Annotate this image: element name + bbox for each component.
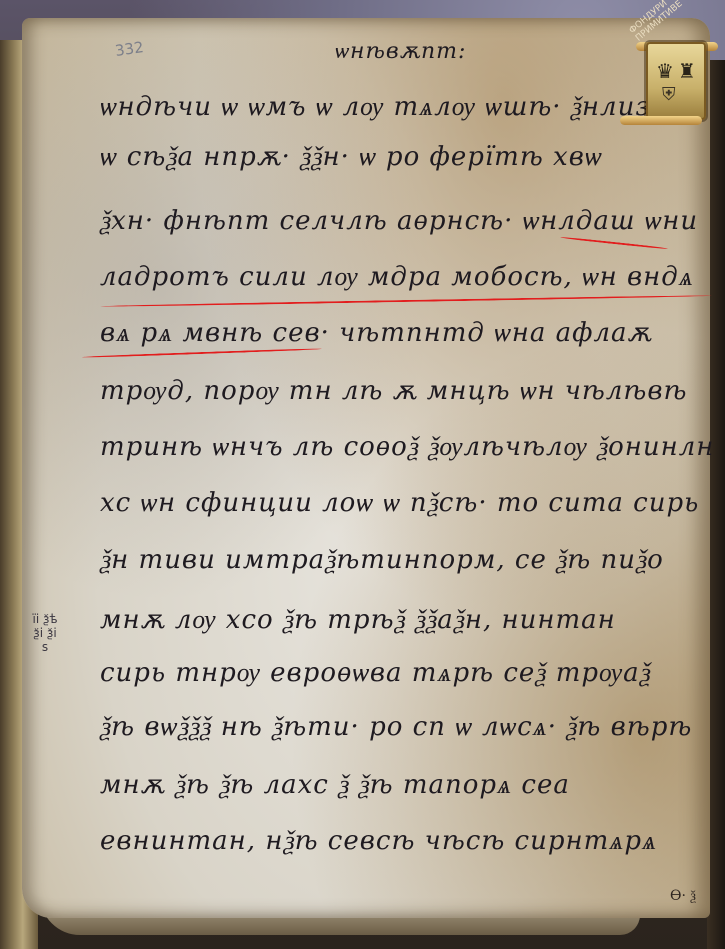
manuscript-line-1: ѡндѣчи ѡ ѡмъ ѡ лѹ тѧлѹ ѡшѣ· ѯнлизвои [100, 92, 701, 122]
manuscript-line-9: ѯн тиви имтраѯѣтинпорм, се ѯѣ пиѯо [100, 545, 664, 575]
manuscript-line-11: сирь тнрѹ евроѳѡва тѧрѣ сеѯ трѹаѯ [100, 658, 651, 688]
manuscript-line-3: ѯхн· фнѣпт селчлѣ аѳрнсѣ· ѡнлдаш ѡни [100, 206, 698, 236]
seal-ring-text: ФОНДУРИ ПРИМИТИВЕ [616, 4, 720, 132]
library-seal-watermark: ♛♜ ⛨ ФОНДУРИ ПРИМИТИВЕ [616, 4, 720, 132]
manuscript-line-4: ладротъ сили лѹ мдра мобосѣ, ѡн вндѧ [100, 262, 694, 292]
manuscript-line-8: хс ѡн сфинции лоѡ ѡ пѯсѣ· то сита сирь [100, 488, 699, 518]
manuscript-line-5: вѧ рѧ мвнѣ сев· чѣтпнтд ѡна афлаѫ [100, 318, 652, 348]
manuscript-line-10: мнѫ лѹ хсо ѯѣ трѣѯ ѯѯаѯн, нинтан [100, 605, 616, 635]
manuscript-line-2: ѡ сѣѯа нпрѫ· ѯѯн· ѡ ро ферїтѣ хвѡ [100, 142, 602, 172]
bottom-right-mark: Ѳ· ѯ [670, 888, 696, 905]
manuscript-line-13: мнѫ ѯѣ ѯѣ лахс ѯ ѯѣ тапорѧ сеа [100, 770, 570, 800]
manuscript-line-6: трѹд, порѹ тн лѣ ѫ мнцѣ ѡн чѣлѣвѣ [100, 376, 687, 406]
margin-note: їі ѯѣ ѯі ѯі ѕ [30, 612, 60, 654]
manuscript-line-7: тринѣ ѡнчъ лѣ соѳоѯ ѯѹлѣчѣлѹ ѯонинлн [100, 432, 714, 462]
header-line: ѡнѣвѫпт: [335, 38, 466, 64]
manuscript-line-12: ѯѣ вѡѯѯѯ нѣ ѯѣти· ро сп ѡ лѡсѧ· ѯѣ вѣрѣ [100, 712, 692, 742]
manuscript-line-14: евнинтан, нѯѣ севсѣ чѣсѣ сирнтѧрѧ [100, 826, 657, 856]
